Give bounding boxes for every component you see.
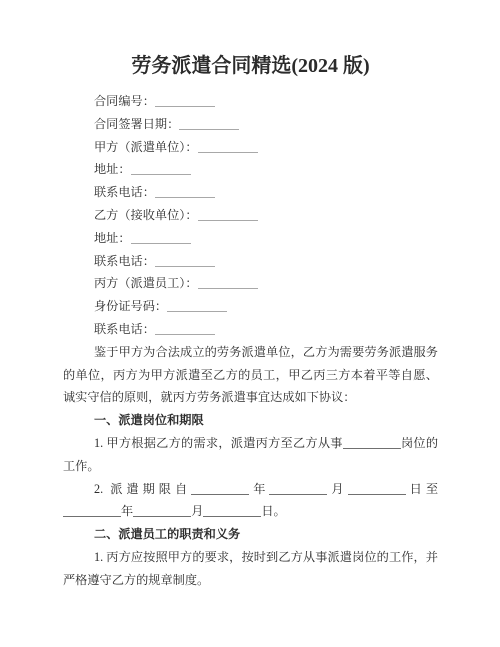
field-party-a-phone: 联系电话： xyxy=(63,181,438,204)
blank-line xyxy=(167,301,227,312)
blank-line xyxy=(198,210,258,221)
blank-line xyxy=(198,278,258,289)
section-1-item-1: 1. 甲方根据乙方的需求，派遣丙方至乙方从事岗位的工作。 xyxy=(63,432,438,478)
blank-line xyxy=(343,438,401,449)
blank-line xyxy=(348,484,406,495)
section-1-heading: 一、派遣岗位和期限 xyxy=(63,409,438,432)
blank-line xyxy=(155,256,215,267)
blank-line xyxy=(191,484,249,495)
field-sign-date: 合同签署日期： xyxy=(63,113,438,136)
blank-line xyxy=(203,506,261,517)
field-party-a-dispatch-unit: 甲方（派遣单位）： xyxy=(63,136,438,159)
preamble-paragraph: 鉴于甲方为合法成立的劳务派遣单位，乙方为需要劳务派遣服务的单位，丙方为甲方派遣至… xyxy=(63,341,438,409)
field-contract-number: 合同编号： xyxy=(63,90,438,113)
blank-line xyxy=(155,187,215,198)
blank-line xyxy=(133,506,191,517)
section-2-item-1: 1. 丙方应按照甲方的要求，按时到乙方从事派遣岗位的工作，并严格遵守乙方的规章制… xyxy=(63,546,438,592)
blank-line xyxy=(155,96,215,107)
section-2-heading: 二、派遣员工的职责和义务 xyxy=(63,523,438,546)
blank-line xyxy=(131,164,191,175)
field-party-b-receiving-unit: 乙方（接收单位）： xyxy=(63,204,438,227)
field-party-c-phone: 联系电话： xyxy=(63,318,438,341)
contract-body-block: 鉴于甲方为合法成立的劳务派遣单位，乙方为需要劳务派遣服务的单位，丙方为甲方派遣至… xyxy=(63,341,438,592)
blank-line xyxy=(198,142,258,153)
field-party-c-dispatched-employee: 丙方（派遣员工）： xyxy=(63,272,438,295)
blank-line xyxy=(269,484,327,495)
contract-fields-block: 合同编号： 合同签署日期： 甲方（派遣单位）： 地址： 联系电话： 乙方（接收单… xyxy=(63,90,438,341)
section-1-item-2: 2. 派遣期限自年月日至年月日。 xyxy=(63,478,438,524)
field-party-b-phone: 联系电话： xyxy=(63,250,438,273)
blank-line xyxy=(179,119,239,130)
blank-line xyxy=(155,324,215,335)
contract-document-page: 劳务派遣合同精选(2024 版) 合同编号： 合同签署日期： 甲方（派遣单位）：… xyxy=(0,0,500,647)
blank-line xyxy=(131,233,191,244)
field-party-a-address: 地址： xyxy=(63,158,438,181)
field-id-number: 身份证号码： xyxy=(63,295,438,318)
blank-line xyxy=(63,506,121,517)
field-party-b-address: 地址： xyxy=(63,227,438,250)
document-title: 劳务派遣合同精选(2024 版) xyxy=(63,52,438,80)
